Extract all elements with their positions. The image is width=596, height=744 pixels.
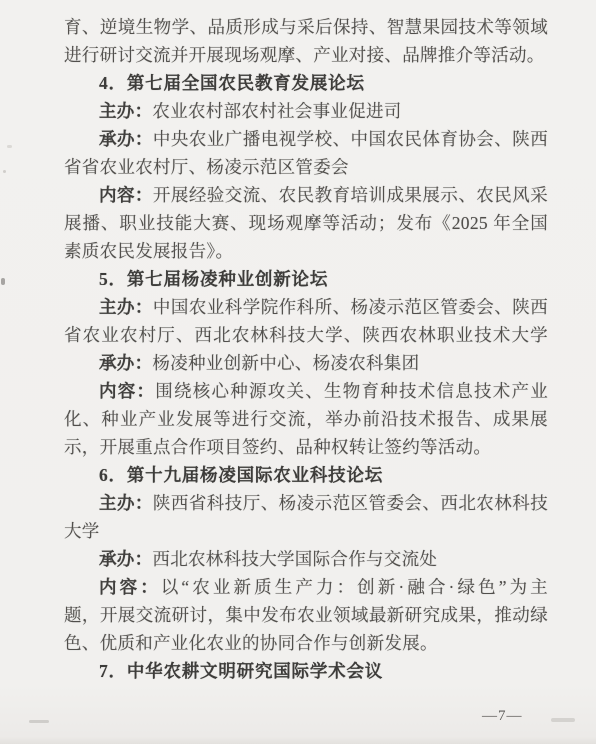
heading-line: 6．第十九届杨凌国际农业科技论坛 <box>64 461 548 489</box>
line-text: 中央农业广播电视学校、中国农民体育协会、陕西 <box>153 129 548 149</box>
text-line: 主办：陕西省科技厅、杨凌示范区管委会、西北农林科技 <box>64 489 548 517</box>
field-label: 主办： <box>99 297 153 317</box>
field-label: 主办： <box>99 493 153 513</box>
text-line: 示，开展重点合作项目签约、品种权转让签约等活动。 <box>64 433 548 461</box>
line-text: 西北农林科技大学国际合作与交流处 <box>152 549 437 569</box>
document-text: 育、逆境生物学、品质形成与采后保持、智慧果园技术等领域进行研讨交流并开展现场观摩… <box>64 13 548 685</box>
field-label: 承办： <box>99 129 153 149</box>
field-label: 内容： <box>99 577 161 597</box>
text-line: 大学 <box>64 517 548 545</box>
scan-speck-icon <box>1 278 5 285</box>
text-line: 展播、职业技能大赛、现场观摩等活动；发布《2025 年全国高 <box>64 209 548 237</box>
scan-smudge-icon <box>29 720 49 723</box>
text-line: 内容：开展经验交流、农民教育培训成果展示、农民风采 <box>64 181 548 209</box>
text-line: 省省农业农村厅、杨凌示范区管委会 <box>64 153 548 181</box>
line-text: 开展经验交流、农民教育培训成果展示、农民风采 <box>153 185 548 205</box>
line-text: 陕西省科技厅、杨凌示范区管委会、西北农林科技 <box>153 493 548 513</box>
document-page: 育、逆境生物学、品质形成与采后保持、智慧果园技术等领域进行研讨交流并开展现场观摩… <box>0 0 596 744</box>
text-line: 内容：以“农业新质生产力：创新·融合·绿色”为主 <box>64 573 548 601</box>
field-label: 承办： <box>99 353 152 373</box>
page-root: { "page": { "number_label": "—7—", "back… <box>0 0 596 744</box>
line-text: 农业农村部农村社会事业促进司 <box>152 101 401 121</box>
text-line: 承办：杨凌种业创新中心、杨凌农科集团 <box>64 349 548 377</box>
heading-line: 5．第七届杨凌种业创新论坛 <box>64 265 548 293</box>
line-text: 杨凌种业创新中心、杨凌农科集团 <box>152 353 419 373</box>
scan-speck-icon <box>3 170 6 173</box>
text-line: 内容：围绕核心种源攻关、生物育种技术信息技术产业 <box>64 377 548 405</box>
line-text: 围绕核心种源攻关、生物育种技术信息技术产业 <box>155 381 548 401</box>
field-label: 内容： <box>99 381 155 401</box>
text-line: 省农业农村厅、西北农林科技大学、陕西农林职业技术大学 <box>64 321 548 349</box>
text-line: 化、种业产业发展等进行交流，举办前沿技术报告、成果展 <box>64 405 548 433</box>
text-line: 题，开展交流研讨，集中发布农业领域最新研究成果，推动绿 <box>64 601 548 629</box>
heading-line: 4．第七届全国农民教育发展论坛 <box>64 69 548 97</box>
scan-speck-icon <box>7 145 12 148</box>
text-line: 进行研讨交流并开展现场观摩、产业对接、品牌推介等活动。 <box>64 41 548 69</box>
text-line: 育、逆境生物学、品质形成与采后保持、智慧果园技术等领域 <box>64 13 548 41</box>
text-line: 主办：中国农业科学院作科所、杨凌示范区管委会、陕西 <box>64 293 548 321</box>
page-number: —7— <box>482 708 523 725</box>
field-label: 内容： <box>99 185 153 205</box>
heading-line: 7．中华农耕文明研究国际学术会议 <box>64 657 548 685</box>
text-line: 主办：农业农村部农村社会事业促进司 <box>64 97 548 125</box>
line-text: 以“农业新质生产力：创新·融合·绿色”为主 <box>161 577 548 597</box>
scan-smudge-icon <box>551 718 575 722</box>
line-text: 中国农业科学院作科所、杨凌示范区管委会、陕西 <box>153 297 548 317</box>
text-line: 色、优质和产业化农业的协同合作与创新发展。 <box>64 629 548 657</box>
text-line: 承办：中央农业广播电视学校、中国农民体育协会、陕西 <box>64 125 548 153</box>
text-line: 素质农民发展报告》。 <box>64 237 548 265</box>
field-label: 承办： <box>99 549 152 569</box>
text-line: 承办：西北农林科技大学国际合作与交流处 <box>64 545 548 573</box>
field-label: 主办： <box>99 101 152 121</box>
